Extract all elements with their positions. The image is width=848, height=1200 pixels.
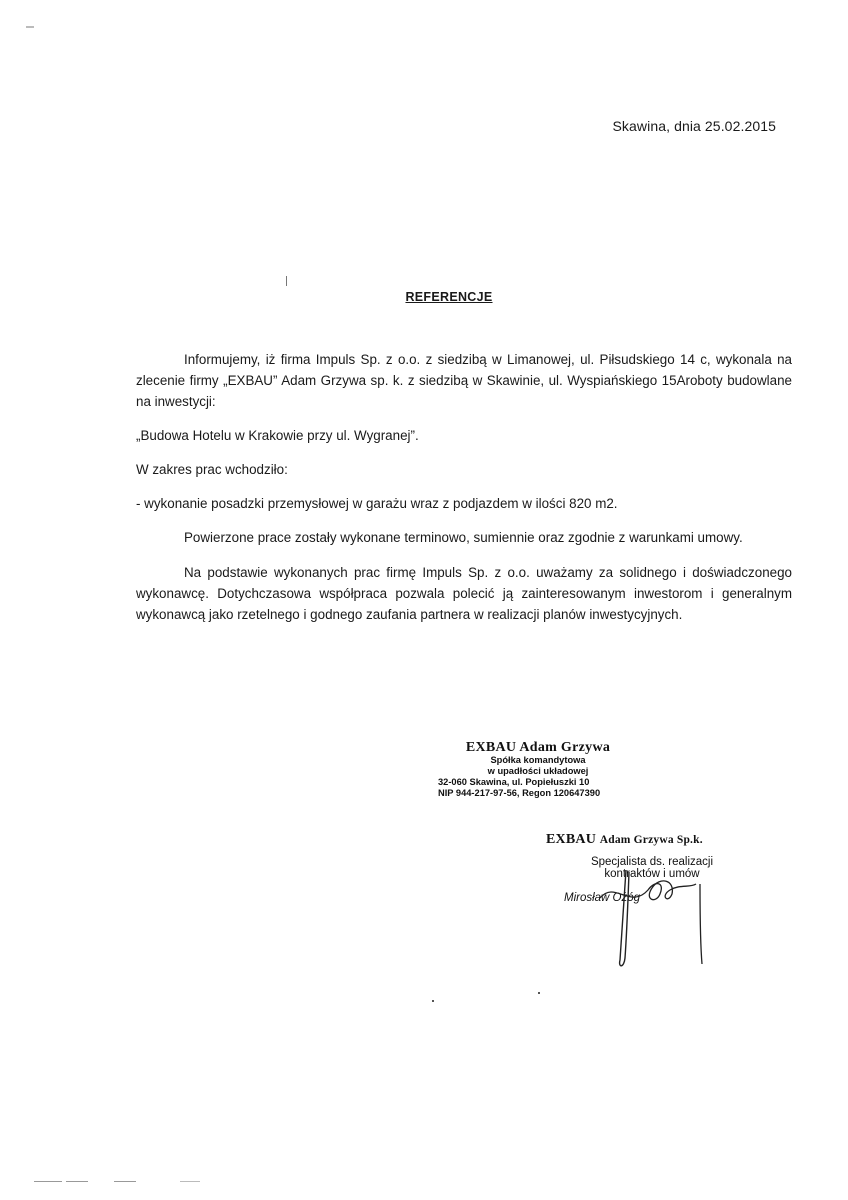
document-page: Skawina, dnia 25.02.2015 REFERENCJE Info… — [0, 0, 848, 1200]
paragraph-intro: Informujemy, iż firma Impuls Sp. z o.o. … — [136, 349, 792, 412]
scan-artifact — [432, 1000, 434, 1002]
paragraph-scope-item: - wykonanie posadzki przemysłowej w gara… — [136, 493, 792, 514]
company-stamp-name: EXBAU Adam Grzywa — [438, 740, 638, 755]
handwritten-signature — [560, 860, 720, 970]
scan-artifact — [34, 1181, 62, 1182]
company-stamp-address: 32-060 Skawina, ul. Popiełuszki 10 — [438, 777, 638, 788]
company-stamp-tax-ids: NIP 944-217-97-56, Regon 120647390 — [438, 788, 638, 799]
scan-artifact — [26, 26, 34, 28]
company-stamp-line1: Spółka komandytowa — [438, 755, 638, 766]
personal-stamp: EXBAU Adam Grzywa Sp.k. Specjalista ds. … — [546, 832, 766, 848]
personal-stamp-company: EXBAU Adam Grzywa Sp.k. — [546, 832, 766, 848]
paragraph-project: „Budowa Hotelu w Krakowie przy ul. Wygra… — [136, 425, 792, 446]
scan-artifact — [66, 1181, 88, 1182]
document-title: REFERENCJE — [0, 290, 848, 304]
paragraph-recommendation: Na podstawie wykonanych prac firmę Impul… — [136, 562, 792, 625]
company-stamp-line2: w upadłości układowej — [438, 766, 638, 777]
scan-artifact — [180, 1181, 200, 1182]
scan-artifact — [286, 276, 287, 286]
scan-artifact — [114, 1181, 136, 1182]
paragraph-scope-heading: W zakres prac wchodziło: — [136, 459, 792, 480]
company-stamp: EXBAU Adam Grzywa Spółka komandytowa w u… — [438, 740, 638, 799]
paragraph-quality: Powierzone prace zostały wykonane termin… — [136, 527, 792, 548]
scan-artifact — [538, 992, 540, 994]
place-and-date: Skawina, dnia 25.02.2015 — [612, 118, 776, 134]
document-body: Informujemy, iż firma Impuls Sp. z o.o. … — [136, 349, 792, 625]
